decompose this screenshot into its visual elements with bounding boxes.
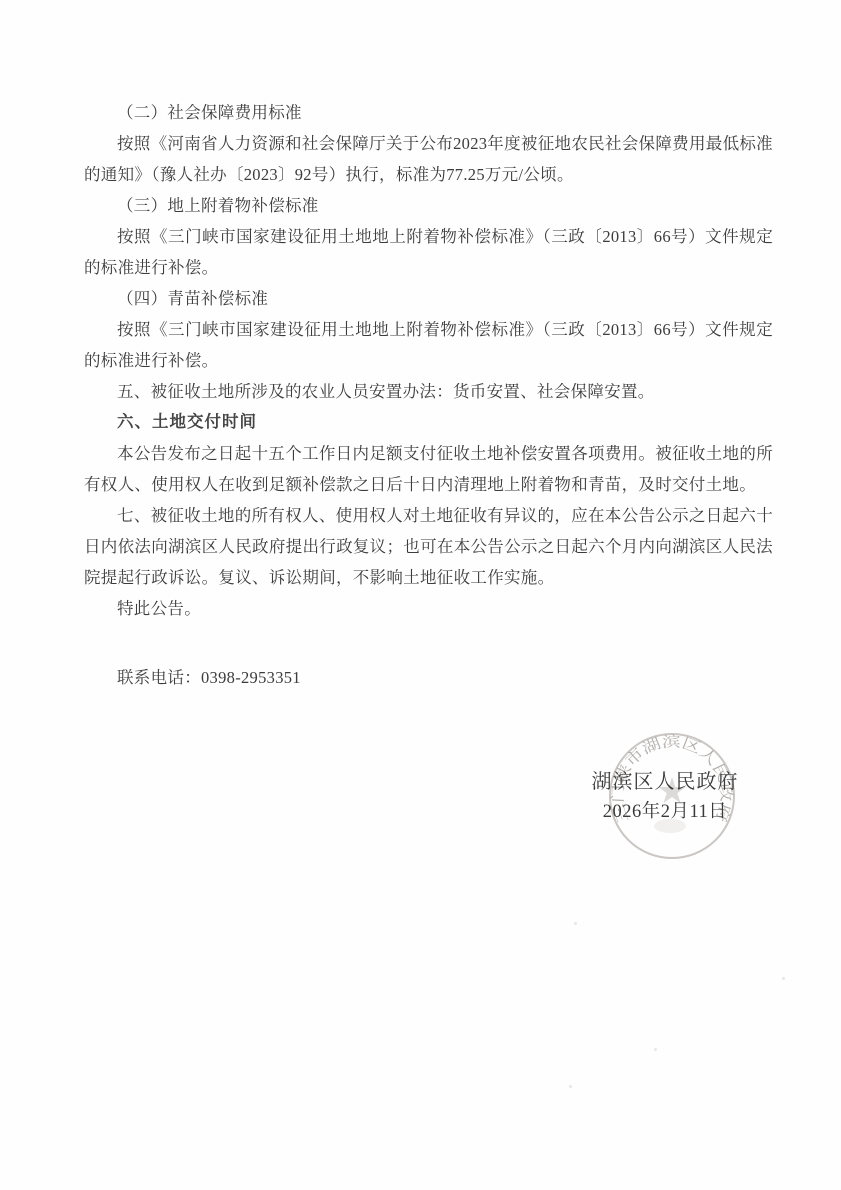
notice-body: （二）社会保障费用标准 按照《河南省人力资源和社会保障厅关于公布2023年度被征… — [84, 97, 773, 693]
paragraph-objection-rights: 七、被征收土地的所有权人、使用权人对土地征收有异议的，应在本公告公示之日起六十日… — [84, 500, 773, 593]
seal-date: 2026年2月11日 — [572, 801, 758, 823]
paragraph-closing: 特此公告。 — [84, 593, 773, 624]
paragraph-ground-attachments-basis: 按照《三门峡市国家建设征用土地地上附着物补偿标准》（三政〔2013〕66号）文件… — [84, 221, 773, 283]
document-page: （二）社会保障费用标准 按照《河南省人力资源和社会保障厅关于公布2023年度被征… — [0, 0, 841, 1190]
subheading-social-security-standard: （二）社会保障费用标准 — [84, 97, 773, 128]
scan-speck — [782, 977, 785, 980]
paragraph-social-security-basis: 按照《河南省人力资源和社会保障厅关于公布2023年度被征地农民社会保障费用最低标… — [84, 128, 773, 190]
heading-land-delivery-time: 六、土地交付时间 — [84, 407, 773, 438]
subheading-young-crops-standard: （四）青苗补偿标准 — [84, 283, 773, 314]
contact-phone: 联系电话：0398-2953351 — [84, 662, 773, 693]
paragraph-resettlement-methods: 五、被征收土地所涉及的农业人员安置办法：货币安置、社会保障安置。 — [84, 376, 773, 407]
scan-speck — [574, 922, 577, 925]
official-seal: 三门峡市湖滨区人民政府 ★ — [607, 731, 737, 861]
scan-speck — [654, 1048, 657, 1051]
subheading-ground-attachments-standard: （三）地上附着物补偿标准 — [84, 190, 773, 221]
paragraph-land-delivery-detail: 本公告发布之日起十五个工作日内足额支付征收土地补偿安置各项费用。被征收土地的所有… — [84, 438, 773, 500]
seal-graphic: 三门峡市湖滨区人民政府 ★ — [607, 731, 737, 861]
seal-issuer-signature: 湖滨区人民政府 — [572, 770, 758, 794]
paragraph-young-crops-basis: 按照《三门峡市国家建设征用土地地上附着物补偿标准》（三政〔2013〕66号）文件… — [84, 314, 773, 376]
scan-speck — [569, 1085, 572, 1088]
